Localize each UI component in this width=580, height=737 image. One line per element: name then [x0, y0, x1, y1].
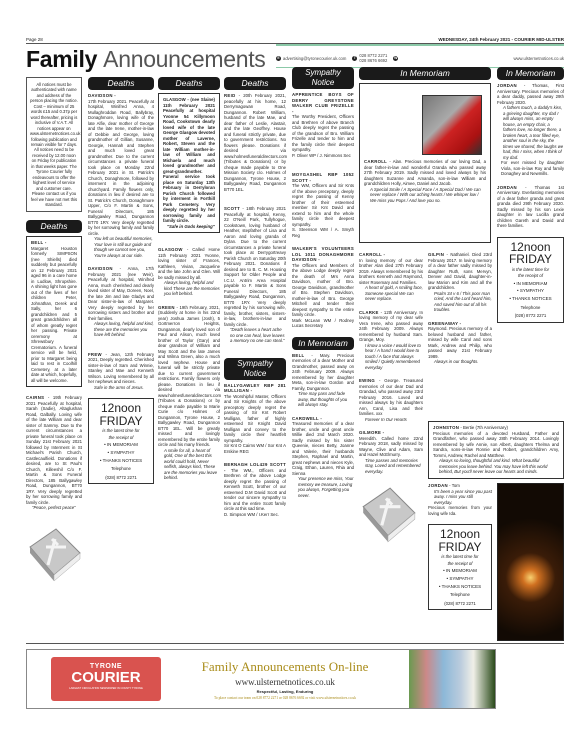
death-notice-green: GREEN - 19th February, 2021, (Suddenly a… [158, 305, 220, 448]
footer-banner[interactable]: TYRONE COURIER LARGEST CIRCULATION NEWSP… [26, 649, 496, 709]
section-header-sympathy: SympathyNotice [292, 67, 354, 89]
column-7: GILPIN - Nathaniel. Died 23rd February 2… [428, 252, 492, 365]
phone-contact[interactable]: T028 8772 2271028 8676 6692 [352, 53, 387, 64]
email-icon: E [276, 56, 281, 61]
website-link[interactable]: www.ulsternetnotices.co.uk [513, 56, 564, 61]
column-5: SympathyNotice APPRENTICE BOYS OF DERRY … [292, 67, 354, 498]
memoriam-greenaway: GREENAWAY -Raymond. Precious memory of a… [428, 321, 492, 360]
memorial-photo [422, 95, 482, 155]
section-header-deaths: Deaths [88, 77, 154, 90]
memoriam-carroll-box: CARROLL - Alan. Precious memories of our… [359, 83, 491, 243]
death-notice-scott: SCOTT - 18th February 2021 Peacefully at… [224, 206, 286, 327]
memoriam-gilpin: GILPIN - Nathaniel. Died 23rd February 2… [428, 252, 492, 291]
footer-url[interactable]: www.ulsternetnotices.co.uk [161, 677, 409, 687]
memoriam-jordan-2: JORDAN - Thomas 1st Anniversary. Everlas… [497, 185, 564, 229]
column-1: All notices must be authenticated with n… [26, 77, 82, 586]
bible-icon [359, 484, 423, 548]
web-icon: W [393, 56, 398, 61]
memoriam-cardwell: CARDWELL -Treasured memories of a dear b… [292, 416, 354, 477]
notice-terms-box: All notices must be authenticated with n… [26, 77, 82, 212]
death-notice-frew: FREW - Jean, 12th February 2021, Deeply … [88, 352, 154, 385]
footer-title: Family Announcements On-line [161, 659, 409, 675]
sympathy-walkers-volunteers: WALKER'S VOLUNTEERS LOL 1011 DONAGHMORE … [292, 246, 354, 318]
sympathy-ballygawley: BALLYGAWLEY RBP 281 MULLIGAN -The Worshi… [224, 383, 286, 444]
memoriam-ewing: EWING - George. Treasured memories of ou… [359, 378, 423, 417]
page-topbar: Page 28 WEDNESDAY, 24th February 2021 - … [26, 34, 564, 44]
email-contact[interactable]: Eadvertising@tyronecourier.uk.com [276, 56, 346, 61]
column-8: In Memoriam JORDAN - Thomas, First Anniv… [497, 67, 564, 323]
section-header-deaths: Deaths [26, 220, 82, 233]
candle-image [497, 483, 564, 641]
section-header-in-memoriam: In Memoriam [359, 67, 491, 80]
memoriam-jordan: JORDAN - Thomas, First Anniversary. Prec… [497, 83, 564, 105]
memoriam-feature: In Memoriam CARROLL - Alan. Precious mem… [359, 67, 491, 243]
column-4: Deaths REID - 20th February 2021, peacef… [224, 77, 286, 517]
death-notice-bell: BELL - Margaret Houston formerly SIMPSON… [26, 236, 82, 387]
sympathy-apprentice-boys: APPRENTICE BOYS OF DERRY GREYSTONE WALKE… [292, 92, 354, 153]
section-header-sympathy: SympathyNotice [224, 358, 286, 380]
section-header-deaths: Deaths [158, 77, 220, 90]
divider [26, 643, 564, 644]
death-notice-davidson: DAVIDSON -17th February 2021. Peacefully… [88, 93, 154, 236]
sympathy-bernagh: BERNAGH LOL429 SCOTT - The WM., Officers… [224, 462, 286, 512]
death-notice-glasgow-2: GLASGOW - Called Home 11th February 2021… [158, 247, 220, 280]
deadline-box: 12noon FRIDAY is the latest time for the… [497, 237, 564, 323]
footer-image [409, 650, 495, 708]
section-header-deaths: Deaths [224, 77, 286, 90]
column-2: Deaths DAVIDSON -17th February 2021. Pea… [88, 77, 154, 484]
deadline-box: 12noon FRIDAY is the latest time for the… [428, 524, 492, 610]
column-jordan-tom: JORDAN - Tom It's been a year since you … [428, 483, 492, 610]
death-notice-glasgow: GLASGOW - (nee Slaine) 11th February 202… [158, 93, 220, 233]
page-title: Family Announcements [26, 48, 266, 71]
section-header-in-memoriam: In Memoriam [292, 337, 354, 350]
sympathy-moygashel: MOYGASHEL RBP 1052 SCOTT -The WM, Office… [292, 172, 354, 227]
section-header-in-memoriam: In Memoriam [497, 67, 564, 80]
footer-text: Family Announcements On-line www.ulstern… [161, 659, 409, 700]
death-notice-reid: REID - 20th February 2021, peacefully at… [224, 93, 286, 192]
column-6: CARROLL -In loving memory of our dear br… [359, 252, 423, 548]
column-3: Deaths GLASGOW - (nee Slaine) 11th Febru… [158, 77, 220, 481]
death-notice-davidson-anna: DAVIDSON - Anna, 17th February 2021 (nee… [88, 266, 154, 321]
memoriam-carroll-2: CARROLL -In loving memory of our dear br… [359, 252, 423, 285]
deadline-box: 12noon FRIDAY is the latest time for the… [88, 398, 154, 484]
footer-tagline: Respectful, Lasting, Enduring [161, 689, 409, 694]
bible-icon [26, 525, 82, 587]
death-notice-cairns: CAIRNS - 19th February 2021 Peacefully a… [26, 395, 82, 505]
contact-bar: Eadvertising@tyronecourier.uk.com T028 8… [276, 44, 564, 68]
edition-date: WEDNESDAY, 24th February 2021 - COURIER … [438, 37, 564, 42]
memoriam-johnston-box: JOHNSTON - Bertie (7th Anniversary) Prec… [428, 421, 564, 479]
tyrone-courier-logo: TYRONE COURIER LARGEST CIRCULATION NEWSP… [51, 657, 161, 701]
page-number: Page 28 [26, 37, 43, 42]
memoriam-clarke: CLARKE - 12th Anniversary. In loving mem… [359, 310, 423, 343]
footer-contact: To place contact our team on 028 8772 22… [161, 696, 409, 700]
phone-icon: T [352, 56, 357, 61]
memoriam-gilmore: GILMORE -Meredith. Called home 22nd Febr… [359, 430, 423, 458]
memoriam-bell: BELL - Mary. Precious memories of a dear… [292, 353, 354, 392]
